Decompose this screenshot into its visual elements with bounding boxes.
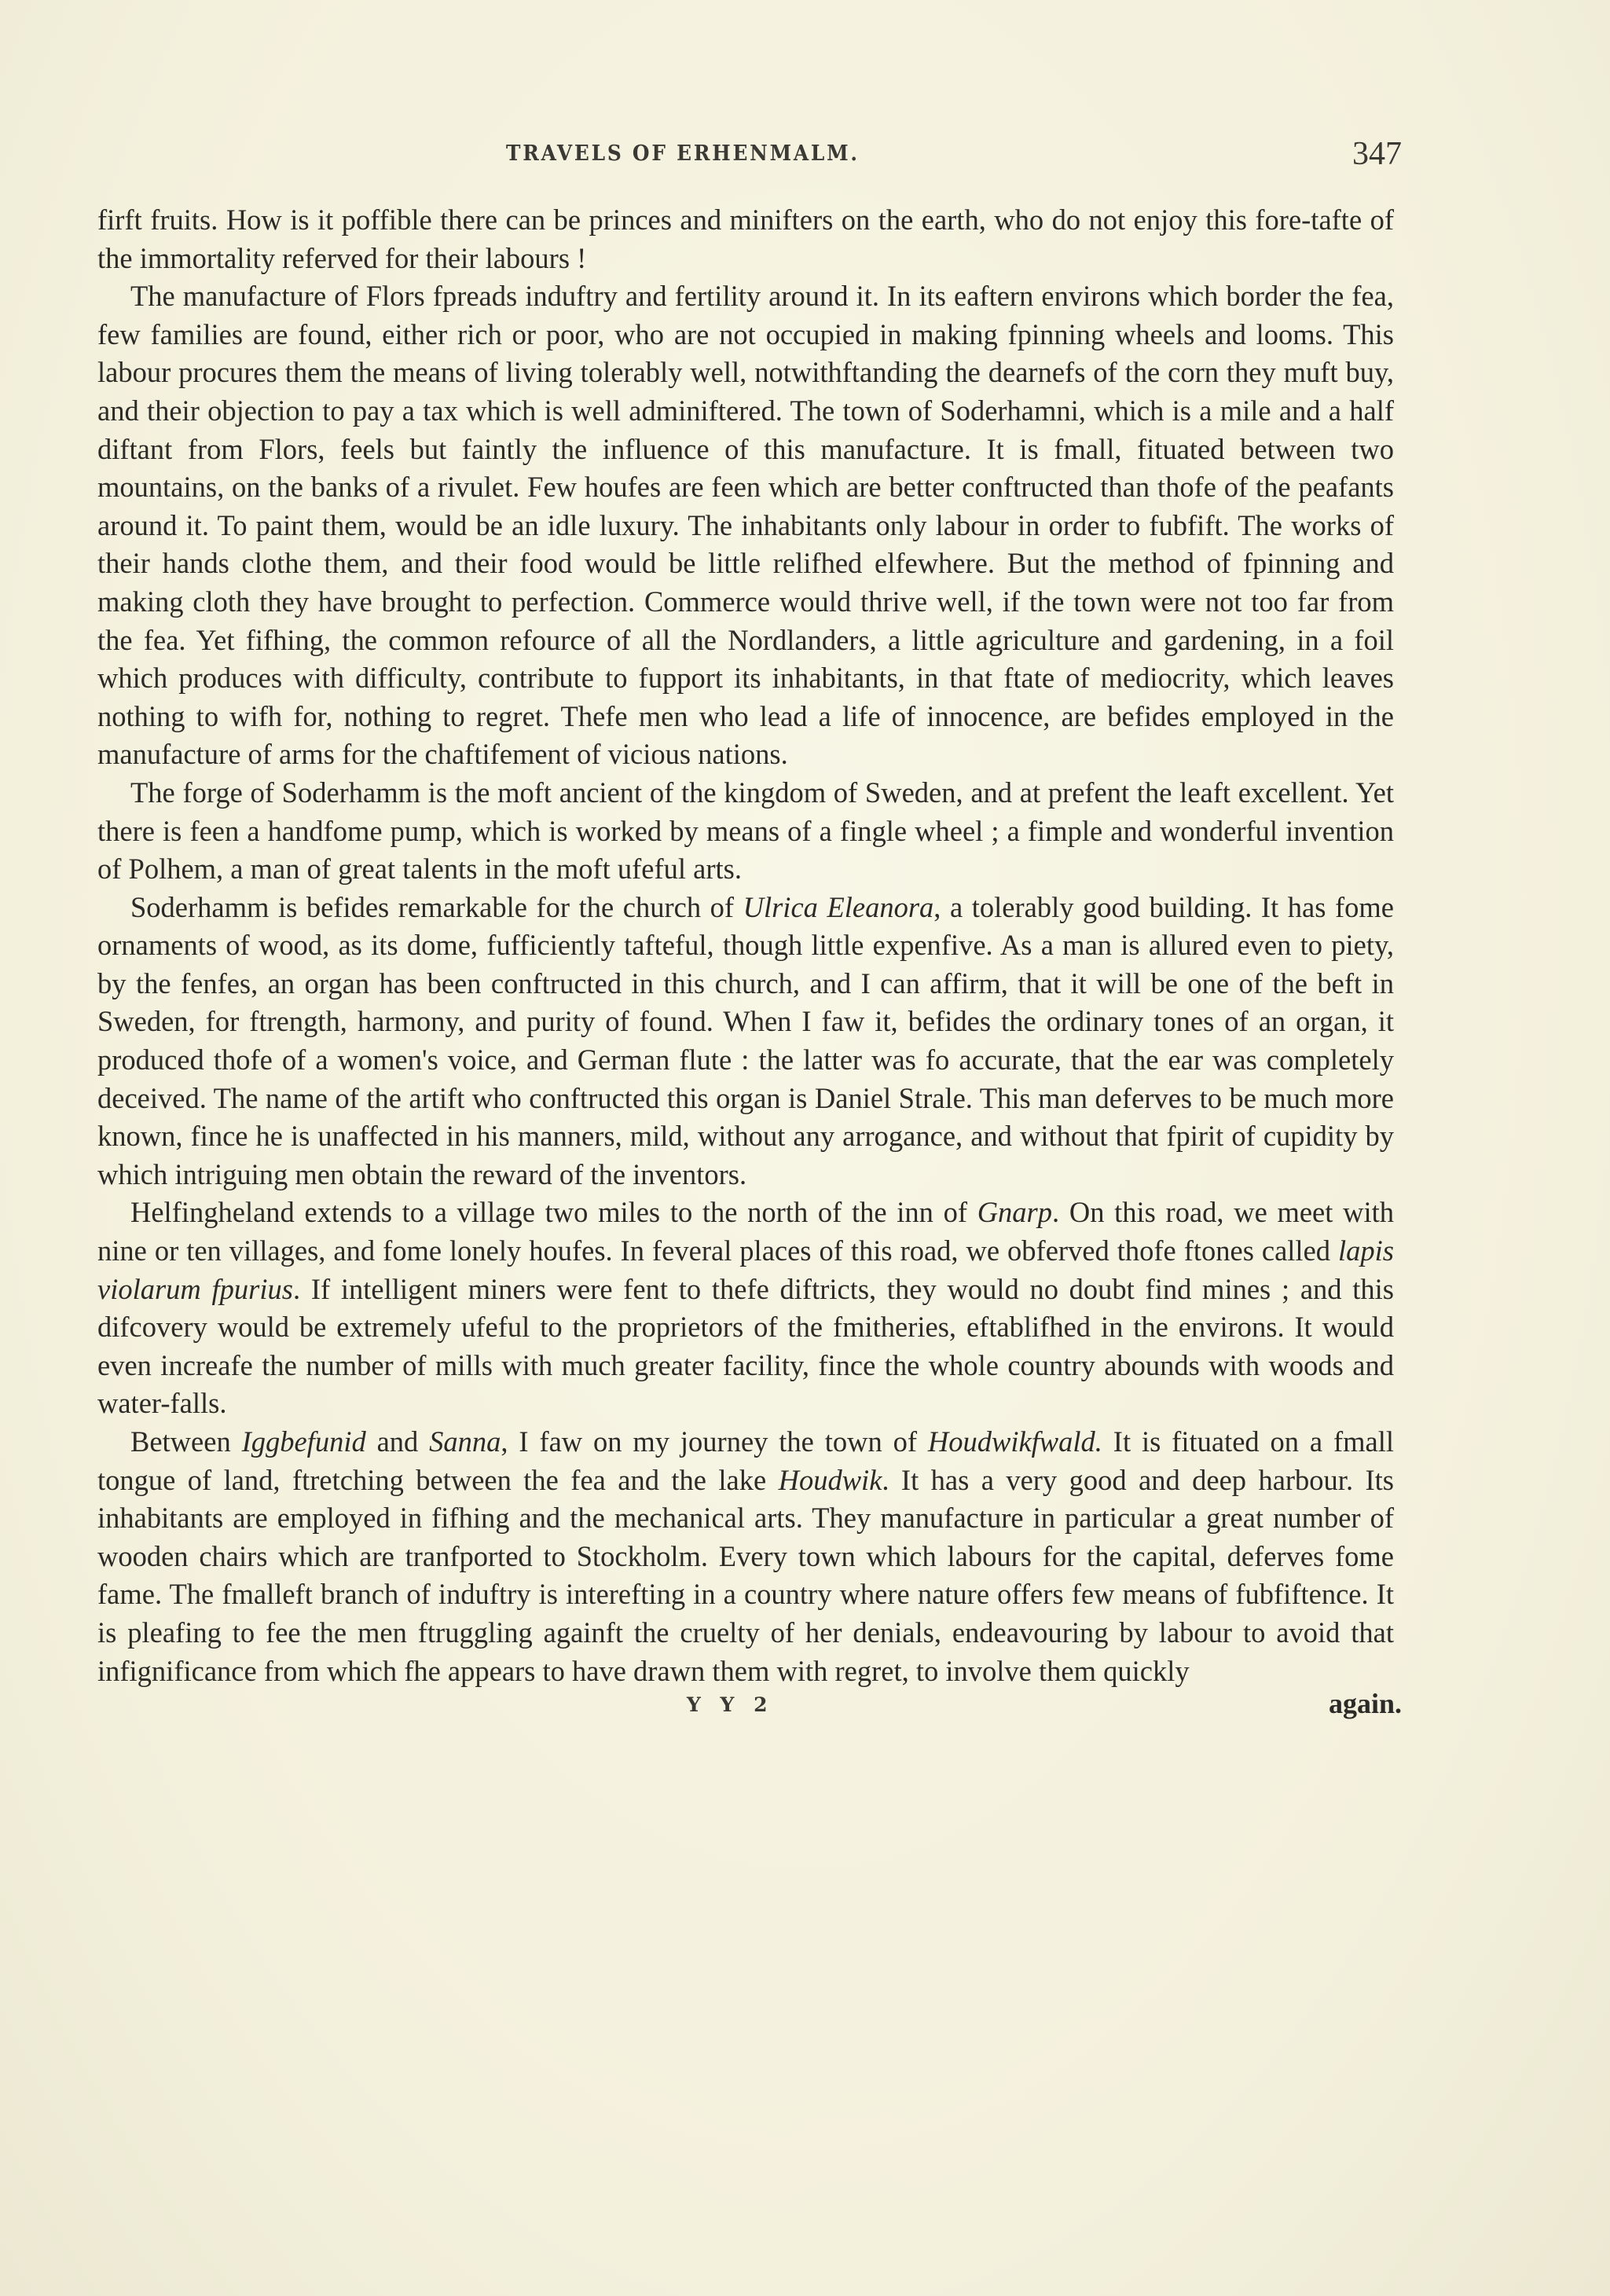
page-number: 347 <box>1352 135 1402 173</box>
paragraph: The forge of Soderhamm is the moft ancie… <box>97 774 1394 889</box>
paragraph: Soderhamm is befides remarkable for the … <box>97 889 1394 1194</box>
paragraph: The manufacture of Flors fpreads induftr… <box>97 277 1394 774</box>
text-run: . It has a very good and deep harbour. I… <box>97 1464 1394 1687</box>
paragraph: firft fruits. How is it poffible there c… <box>97 201 1394 277</box>
text-run: , I faw on my journey the town of <box>501 1425 927 1458</box>
italic-term: Iggbefunid <box>242 1425 366 1458</box>
text-run: , a tolerably good building. It has fome… <box>97 891 1394 1190</box>
text-run: The forge of Soderhamm is the moft ancie… <box>97 776 1394 885</box>
text-run: firft fruits. How is it poffible there c… <box>97 204 1394 274</box>
body-text: firft fruits. How is it poffible there c… <box>97 201 1394 1690</box>
text-run: Between <box>130 1425 242 1458</box>
book-page: TRAVELS OF ERHENMALM. 347 firft fruits. … <box>97 134 1394 1740</box>
paragraph: Between Iggbefunid and Sanna, I faw on m… <box>97 1423 1394 1690</box>
catchword: again. <box>1329 1687 1402 1720</box>
running-head: TRAVELS OF ERHENMALM. 347 <box>97 134 1394 181</box>
italic-term: Sanna <box>429 1425 501 1458</box>
paragraph: Helfingheland extends to a village two m… <box>97 1194 1394 1423</box>
italic-term: Ulrica Eleanora <box>743 891 934 923</box>
italic-term: Gnarp <box>977 1196 1052 1228</box>
signature-mark: Y Y 2 <box>687 1693 774 1716</box>
text-run: Helfingheland extends to a village two m… <box>130 1196 977 1228</box>
running-title: TRAVELS OF ERHENMALM. <box>506 141 860 166</box>
text-run: The manufacture of Flors fpreads induftr… <box>97 280 1394 770</box>
page-footer: Y Y 2 again. <box>97 1693 1394 1740</box>
text-run: Soderhamm is befides remarkable for the … <box>130 891 743 923</box>
text-run: and <box>366 1425 429 1458</box>
italic-term: Houdwik <box>779 1464 882 1496</box>
italic-term: Houdwikfwald. <box>928 1425 1102 1458</box>
